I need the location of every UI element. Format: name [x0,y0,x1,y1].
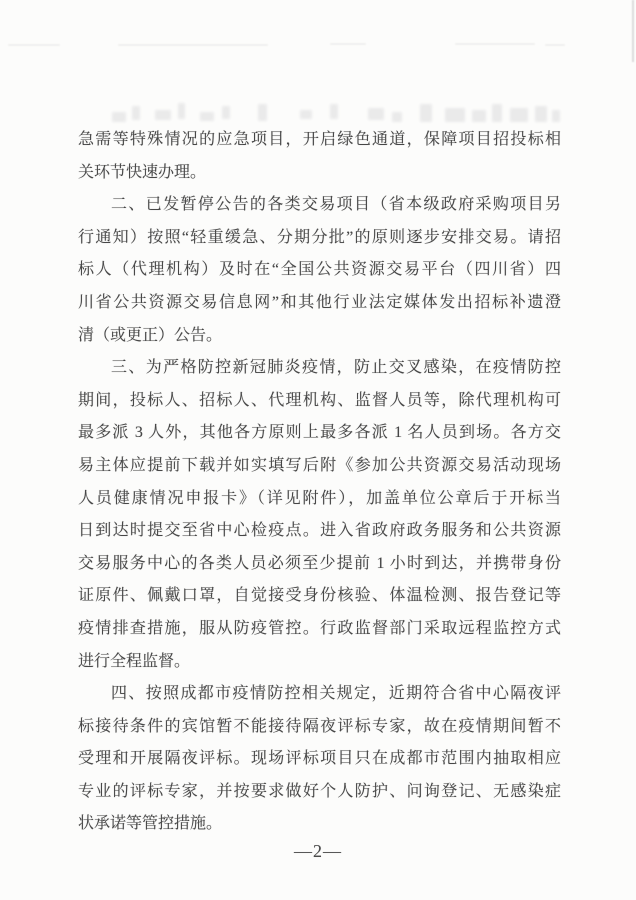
text-line: 标人（代理机构）及时在“全国公共资源交易平台（四川省）四 [78,254,561,287]
bleedthrough-mark [510,108,528,122]
bleedthrough-mark [330,104,338,119]
text-line: 受理和开展隔夜评标。现场评标项目只在成都市范围内抽取相应 [78,743,561,776]
text-line: 标接待条件的宾馆暂不能接待隔夜评标专家，故在疫情期间暂不 [78,711,561,744]
text-line: 日到达时提交至省中心检疫点。进入省政府政务服务和公共资源 [78,515,561,548]
text-line: 三、为严格防控新冠肺炎疫情，防止交叉感染，在疫情防控 [78,352,561,385]
text-line: 清（或更正）公告。 [78,320,561,353]
text-line: 易主体应提前下载并如实填写后附《参加公共资源交易活动现场 [78,450,561,483]
scan-streak [545,44,565,46]
bleedthrough-mark [492,104,502,122]
page-number: —2— [0,841,636,862]
text-line: 二、已发暂停公告的各类交易项目（省本级政府采购项目另 [78,189,561,222]
text-line: 关环节快速办理。 [78,157,561,190]
bleedthrough-mark [420,104,432,122]
text-line: 期间，投标人、招标人、代理机构、监督人员等，除代理机构可 [78,385,561,418]
bleedthrough-mark [112,112,126,122]
text-line: 最多派 3 人外，其他各方原则上最多各派 1 名人员到场。各方交 [78,417,561,450]
bleedthrough-mark [535,106,547,122]
bleedthrough-mark [178,103,185,119]
scan-streak [330,43,366,45]
text-line: 行通知）按照“轻重缓急、分期分批”的原则逐步安排交易。请招 [78,222,561,255]
bleedthrough-mark [222,106,230,119]
text-line: 人员健康情况申报卡》（详见附件），加盖单位公章后于开标当 [78,483,561,516]
bleedthrough-mark [200,112,214,121]
text-line: 川省公共资源交易信息网”和其他行业法定媒体发出招标补遗澄 [78,287,561,320]
scan-streak [8,44,60,46]
bleedthrough-mark [472,110,486,122]
bleedthrough-mark [258,104,267,121]
bleedthrough-mark [368,108,384,120]
scan-streak [455,43,535,45]
text-line: 证原件、佩戴口罩，自觉接受身份核验、体温检测、报告登记等 [78,580,561,613]
text-line: 状承诺等管控措施。 [78,808,561,841]
text-line: 急需等特殊情况的应急项目，开启绿色通道，保障项目招投标相 [78,124,561,157]
bleedthrough-mark [155,110,171,120]
bleedthrough-mark [300,110,312,119]
bleedthrough-mark [132,106,140,120]
scan-streak [118,44,268,46]
text-line: 交易服务中心的各类人员必须至少提前 1 小时到达，并携带身份 [78,548,561,581]
scanned-page: 急需等特殊情况的应急项目，开启绿色通道，保障项目招投标相关环节快速办理。二、已发… [0,0,636,900]
document-text: 急需等特殊情况的应急项目，开启绿色通道，保障项目招投标相关环节快速办理。二、已发… [78,124,561,841]
bleedthrough-mark [392,112,402,122]
text-line: 进行全程监督。 [78,646,561,679]
text-line: 疫情排查措施，服从防疫管控。行政监督部门采取远程监控方式 [78,613,561,646]
bleedthrough-mark [552,110,560,122]
text-line: 四、按照成都市疫情防控相关规定，近期符合省中心隔夜评 [78,678,561,711]
bleedthrough-mark [445,108,465,122]
text-line: 专业的评标专家，并按要求做好个人防护、问询登记、无感染症 [78,776,561,809]
scan-edge-artifact [632,0,634,62]
